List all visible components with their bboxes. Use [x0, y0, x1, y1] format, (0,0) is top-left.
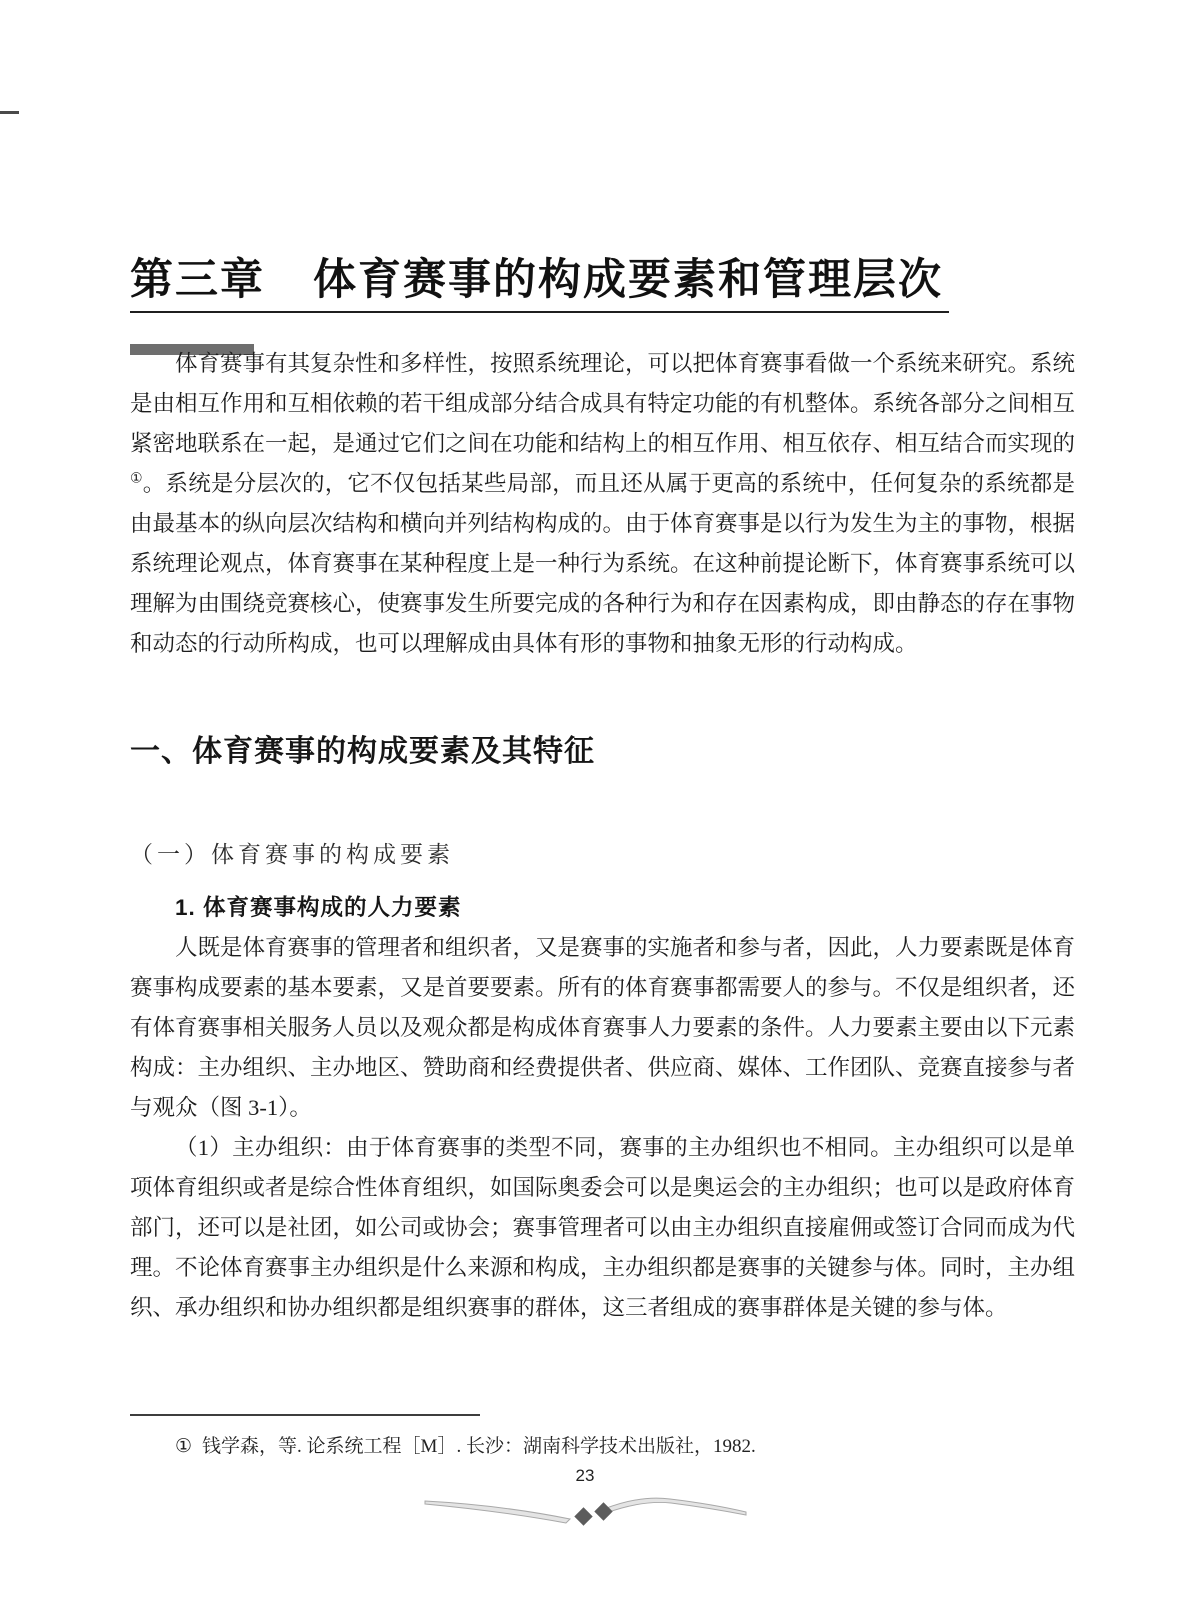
- chapter-header: 第三章体育赛事的构成要素和管理层次: [130, 226, 1075, 355]
- subsection-heading: （一）体育赛事的构成要素: [130, 836, 1075, 869]
- intro-text-after-footnote-ref: 。系统是分层次的，它不仅包括某些局部，而且还从属于更高的系统中，任何复杂的系统都…: [130, 471, 1075, 656]
- footnote-marker: ①: [175, 1436, 192, 1457]
- paragraph: （1）主办组织：由于体育赛事的类型不同，赛事的主办组织也不相同。主办组织可以是单…: [130, 1128, 1075, 1328]
- footnote: ①钱学森，等. 论系统工程［M］. 长沙：湖南科学技术出版社，1982.: [130, 1432, 1120, 1462]
- paragraph: 体育赛事有其复杂性和多样性，按照系统理论，可以把体育赛事看做一个系统来研究。系统…: [130, 344, 1075, 664]
- page-flourish-icon: [420, 1486, 750, 1530]
- page-number: 23: [0, 1466, 1170, 1486]
- footnote-separator: [130, 1414, 480, 1416]
- section-heading: 一、体育赛事的构成要素及其特征: [130, 726, 1075, 770]
- paragraph: 人既是体育赛事的管理者和组织者，又是赛事的实施者和参与者，因此，人力要素既是体育…: [130, 928, 1075, 1128]
- book-page: 第三章体育赛事的构成要素和管理层次 体育赛事有其复杂性和多样性，按照系统理论，可…: [0, 0, 1203, 1618]
- intro-text-before-footnote-ref: 体育赛事有其复杂性和多样性，按照系统理论，可以把体育赛事看做一个系统来研究。系统…: [130, 351, 1075, 456]
- margin-mark: [0, 111, 19, 114]
- chapter-title: 第三章体育赛事的构成要素和管理层次: [130, 255, 949, 314]
- item-body: 人既是体育赛事的管理者和组织者，又是赛事的实施者和参与者，因此，人力要素既是体育…: [130, 928, 1075, 1328]
- footnote-reference: ①: [130, 472, 143, 487]
- item-heading: 1. 体育赛事构成的人力要素: [175, 890, 1075, 922]
- chapter-label: 第三章: [130, 256, 265, 304]
- footnote-text: 钱学森，等. 论系统工程［M］. 长沙：湖南科学技术出版社，1982.: [202, 1436, 756, 1457]
- intro-paragraph: 体育赛事有其复杂性和多样性，按照系统理论，可以把体育赛事看做一个系统来研究。系统…: [130, 344, 1075, 664]
- chapter-title-text: 体育赛事的构成要素和管理层次: [313, 256, 943, 304]
